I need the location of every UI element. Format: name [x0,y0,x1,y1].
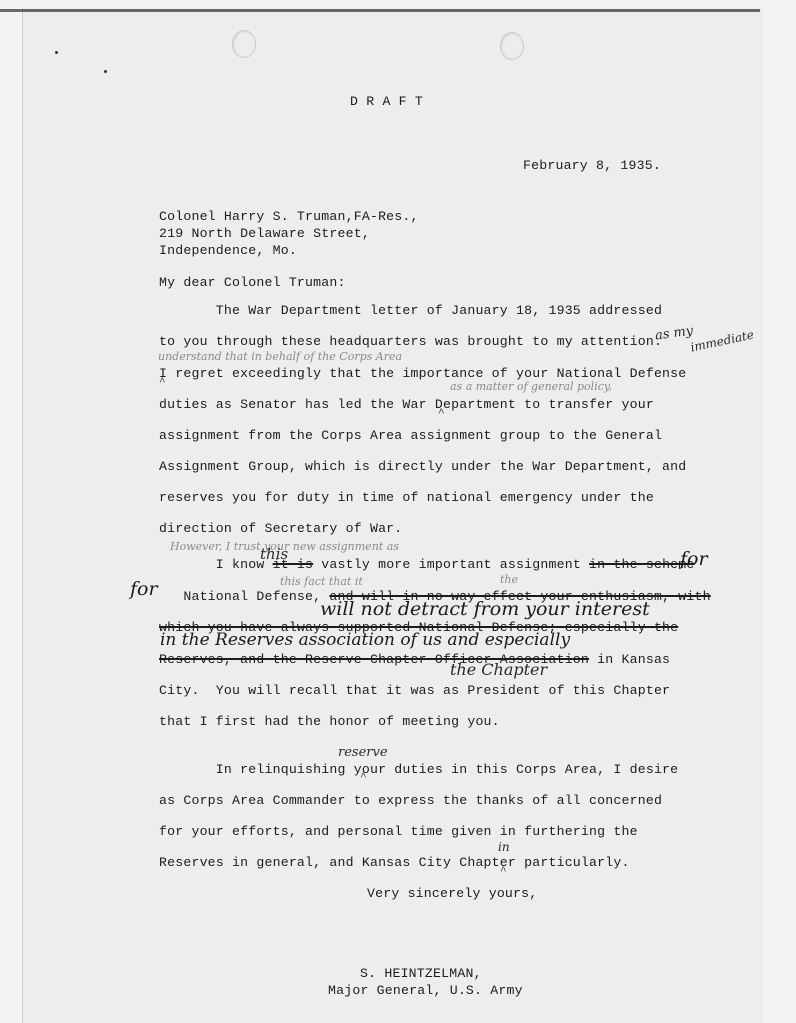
punch-hole [500,32,524,60]
body-line: as Corps Area Commander to express the t… [159,793,662,808]
page-top-edge [0,9,760,12]
handwritten-note: understand that in behalf of the Corps A… [158,350,402,363]
punch-hole [232,30,256,58]
signature-name: S. HEINTZELMAN, [360,966,482,981]
handwritten-note: this fact that it [280,575,363,588]
body-line: Reserves in general, and Kansas City Cha… [159,855,630,870]
body-line: In relinquishing your duties in this Cor… [159,762,678,777]
insertion-caret: ^ [159,377,166,389]
body-line: that I first had the honor of meeting yo… [159,714,500,729]
handwritten-note: as a matter of general policy, [450,380,612,393]
body-line: direction of Secretary of War. [159,521,402,536]
body-line: I know it is vastly more important assig… [159,557,695,572]
handwritten-margin-note: for [130,578,158,600]
handwritten-insert: the Chapter [450,660,547,679]
insertion-caret: ^ [360,772,367,784]
body-line: City. You will recall that it was as Pre… [159,683,670,698]
speck [55,51,58,54]
body-line: I regret exceedingly that the importance… [159,366,686,381]
handwritten-insert: in the Reserves association of us and es… [160,630,570,650]
handwritten-note: the [500,573,518,586]
body-line: reserves you for duty in time of nationa… [159,490,654,505]
letter-date: February 8, 1935. [523,158,661,173]
closing: Very sincerely yours, [367,886,537,901]
handwritten-insert: will not detract from your interest [320,598,650,620]
insertion-caret: ^ [438,408,445,420]
body-line: assignment from the Corps Area assignmen… [159,428,662,443]
address-line: 219 North Delaware Street, [159,226,370,241]
handwritten-insert: reserve [338,745,388,760]
handwritten-insert: this [260,545,288,563]
handwritten-note: for [680,548,708,570]
address-line: Colonel Harry S. Truman,FA-Res., [159,209,419,224]
body-line: for your efforts, and personal time give… [159,824,638,839]
speck [104,70,107,73]
body-line: Assignment Group, which is directly unde… [159,459,686,474]
body-line: The War Department letter of January 18,… [159,303,662,318]
body-line: Reserves, and the Reserve Chapter Office… [159,652,670,667]
salutation: My dear Colonel Truman: [159,275,346,290]
body-line: duties as Senator has led the War Depart… [159,397,654,412]
handwritten-insert: in [498,840,510,854]
signature-title: Major General, U.S. Army [328,983,523,998]
body-line: to you through these headquarters was br… [159,334,662,349]
address-line: Independence, Mo. [159,243,297,258]
insertion-caret: ^ [500,866,507,878]
draft-stamp: D R A F T [350,94,423,109]
